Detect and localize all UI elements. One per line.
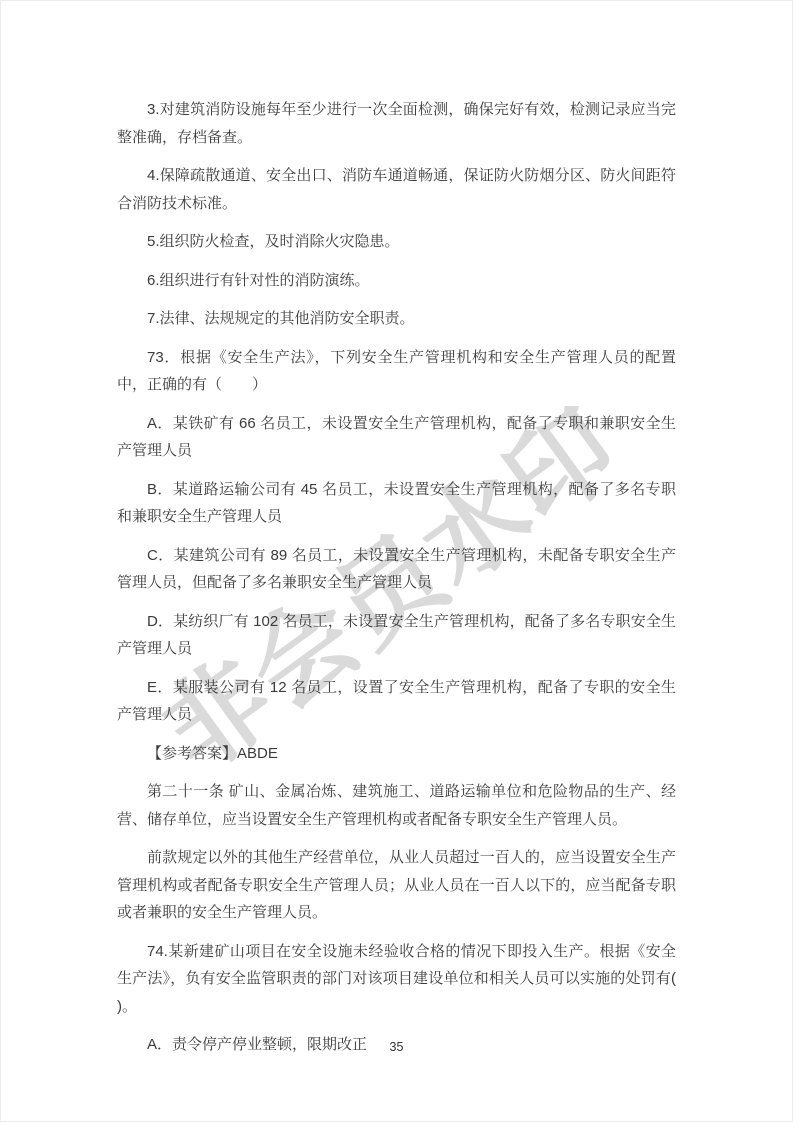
fire-duty-item-3: 3.对建筑消防设施每年至少进行一次全面检测，确保完好有效，检测记录应当完整准确，… bbox=[117, 96, 676, 151]
law-article-21-para-2: 前款规定以外的其他生产经营单位，从业人员超过一百人的，应当设置安全生产管理机构或… bbox=[117, 844, 676, 927]
law-article-21-para-1: 第二十一条 矿山、金属冶炼、建筑施工、道路运输单位和危险物品的生产、经营、储存单… bbox=[117, 778, 676, 833]
question-73-option-a: A．某铁矿有 66 名员工，未设置安全生产管理机构，配备了专职和兼职安全生产管理… bbox=[117, 410, 676, 465]
document-body: 3.对建筑消防设施每年至少进行一次全面检测，确保完好有效，检测记录应当完整准确，… bbox=[117, 96, 676, 1070]
question-73-option-b: B．某道路运输公司有 45 名员工，未设置安全生产管理机构，配备了多名专职和兼职… bbox=[117, 476, 676, 531]
question-73-option-c: C．某建筑公司有 89 名员工，未设置安全生产管理机构，未配备专职安全生产管理人… bbox=[117, 542, 676, 597]
fire-duty-item-6: 6.组织进行有针对性的消防演练。 bbox=[117, 267, 676, 295]
reference-answer: 【参考答案】ABDE bbox=[117, 740, 676, 768]
question-74-stem: 74.某新建矿山项目在安全设施未经验收合格的情况下即投入生产。根据《安全生产法》… bbox=[117, 938, 676, 1021]
page-number: 35 bbox=[0, 1040, 793, 1054]
question-73-option-e: E．某服装公司有 12 名员工，设置了安全生产管理机构，配备了专职的安全生产管理… bbox=[117, 674, 676, 729]
fire-duty-item-4: 4.保障疏散通道、安全出口、消防车通道畅通，保证防火防烟分区、防火间距符合消防技… bbox=[117, 162, 676, 217]
fire-duty-item-7: 7.法律、法规规定的其他消防安全职责。 bbox=[117, 305, 676, 333]
question-73-option-d: D．某纺织厂有 102 名员工，未设置安全生产管理机构，配备了多名专职安全生产管… bbox=[117, 608, 676, 663]
fire-duty-item-5: 5.组织防火检查，及时消除火灾隐患。 bbox=[117, 228, 676, 256]
question-73-stem: 73．根据《安全生产法》，下列安全生产管理机构和安全生产管理人员的配置中，正确的… bbox=[117, 344, 676, 399]
document-page: 非会员水印 3.对建筑消防设施每年至少进行一次全面检测，确保完好有效，检测记录应… bbox=[0, 0, 793, 1122]
